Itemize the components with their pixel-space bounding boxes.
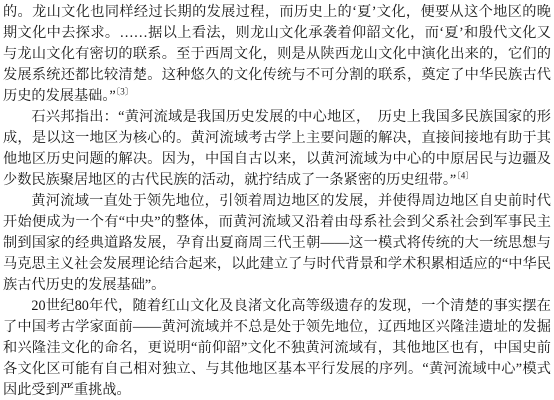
paragraph-3: 黄河流域一直处于领先地位，引领着周边地区的发展，并使得周边地区自史前时代开始便成…: [3, 191, 551, 296]
footnote-ref-3: 〔3〕: [116, 86, 134, 96]
paragraph-4: 20世纪80年代，随着红山文化及良渚文化高等级遗存的发现，一个清楚的事实摆在了中…: [3, 296, 551, 400]
paragraph-2: 石兴邦指出：“黄河流域是我国历史发展的中心地区， 历史上我国多民族国家的形成，是…: [3, 107, 551, 191]
footnote-ref-4: 〔4〕: [456, 170, 474, 180]
paragraph-3-text: 黄河流域一直处于领先地位，引领着周边地区的发展，并使得周边地区自史前时代开始便成…: [3, 193, 551, 293]
paragraph-4-text: 20世纪80年代，随着红山文化及良渚文化高等级遗存的发现，一个清楚的事实摆在了中…: [3, 298, 551, 398]
document-page: 的。龙山文化也同样经过长期的发展过程，而历史上的‘夏’文化，便要从这个地区的晚期…: [0, 0, 554, 400]
paragraph-1-text: 的。龙山文化也同样经过长期的发展过程，而历史上的‘夏’文化，便要从这个地区的晚期…: [3, 4, 551, 104]
paragraph-1: 的。龙山文化也同样经过长期的发展过程，而历史上的‘夏’文化，便要从这个地区的晚期…: [3, 2, 551, 107]
